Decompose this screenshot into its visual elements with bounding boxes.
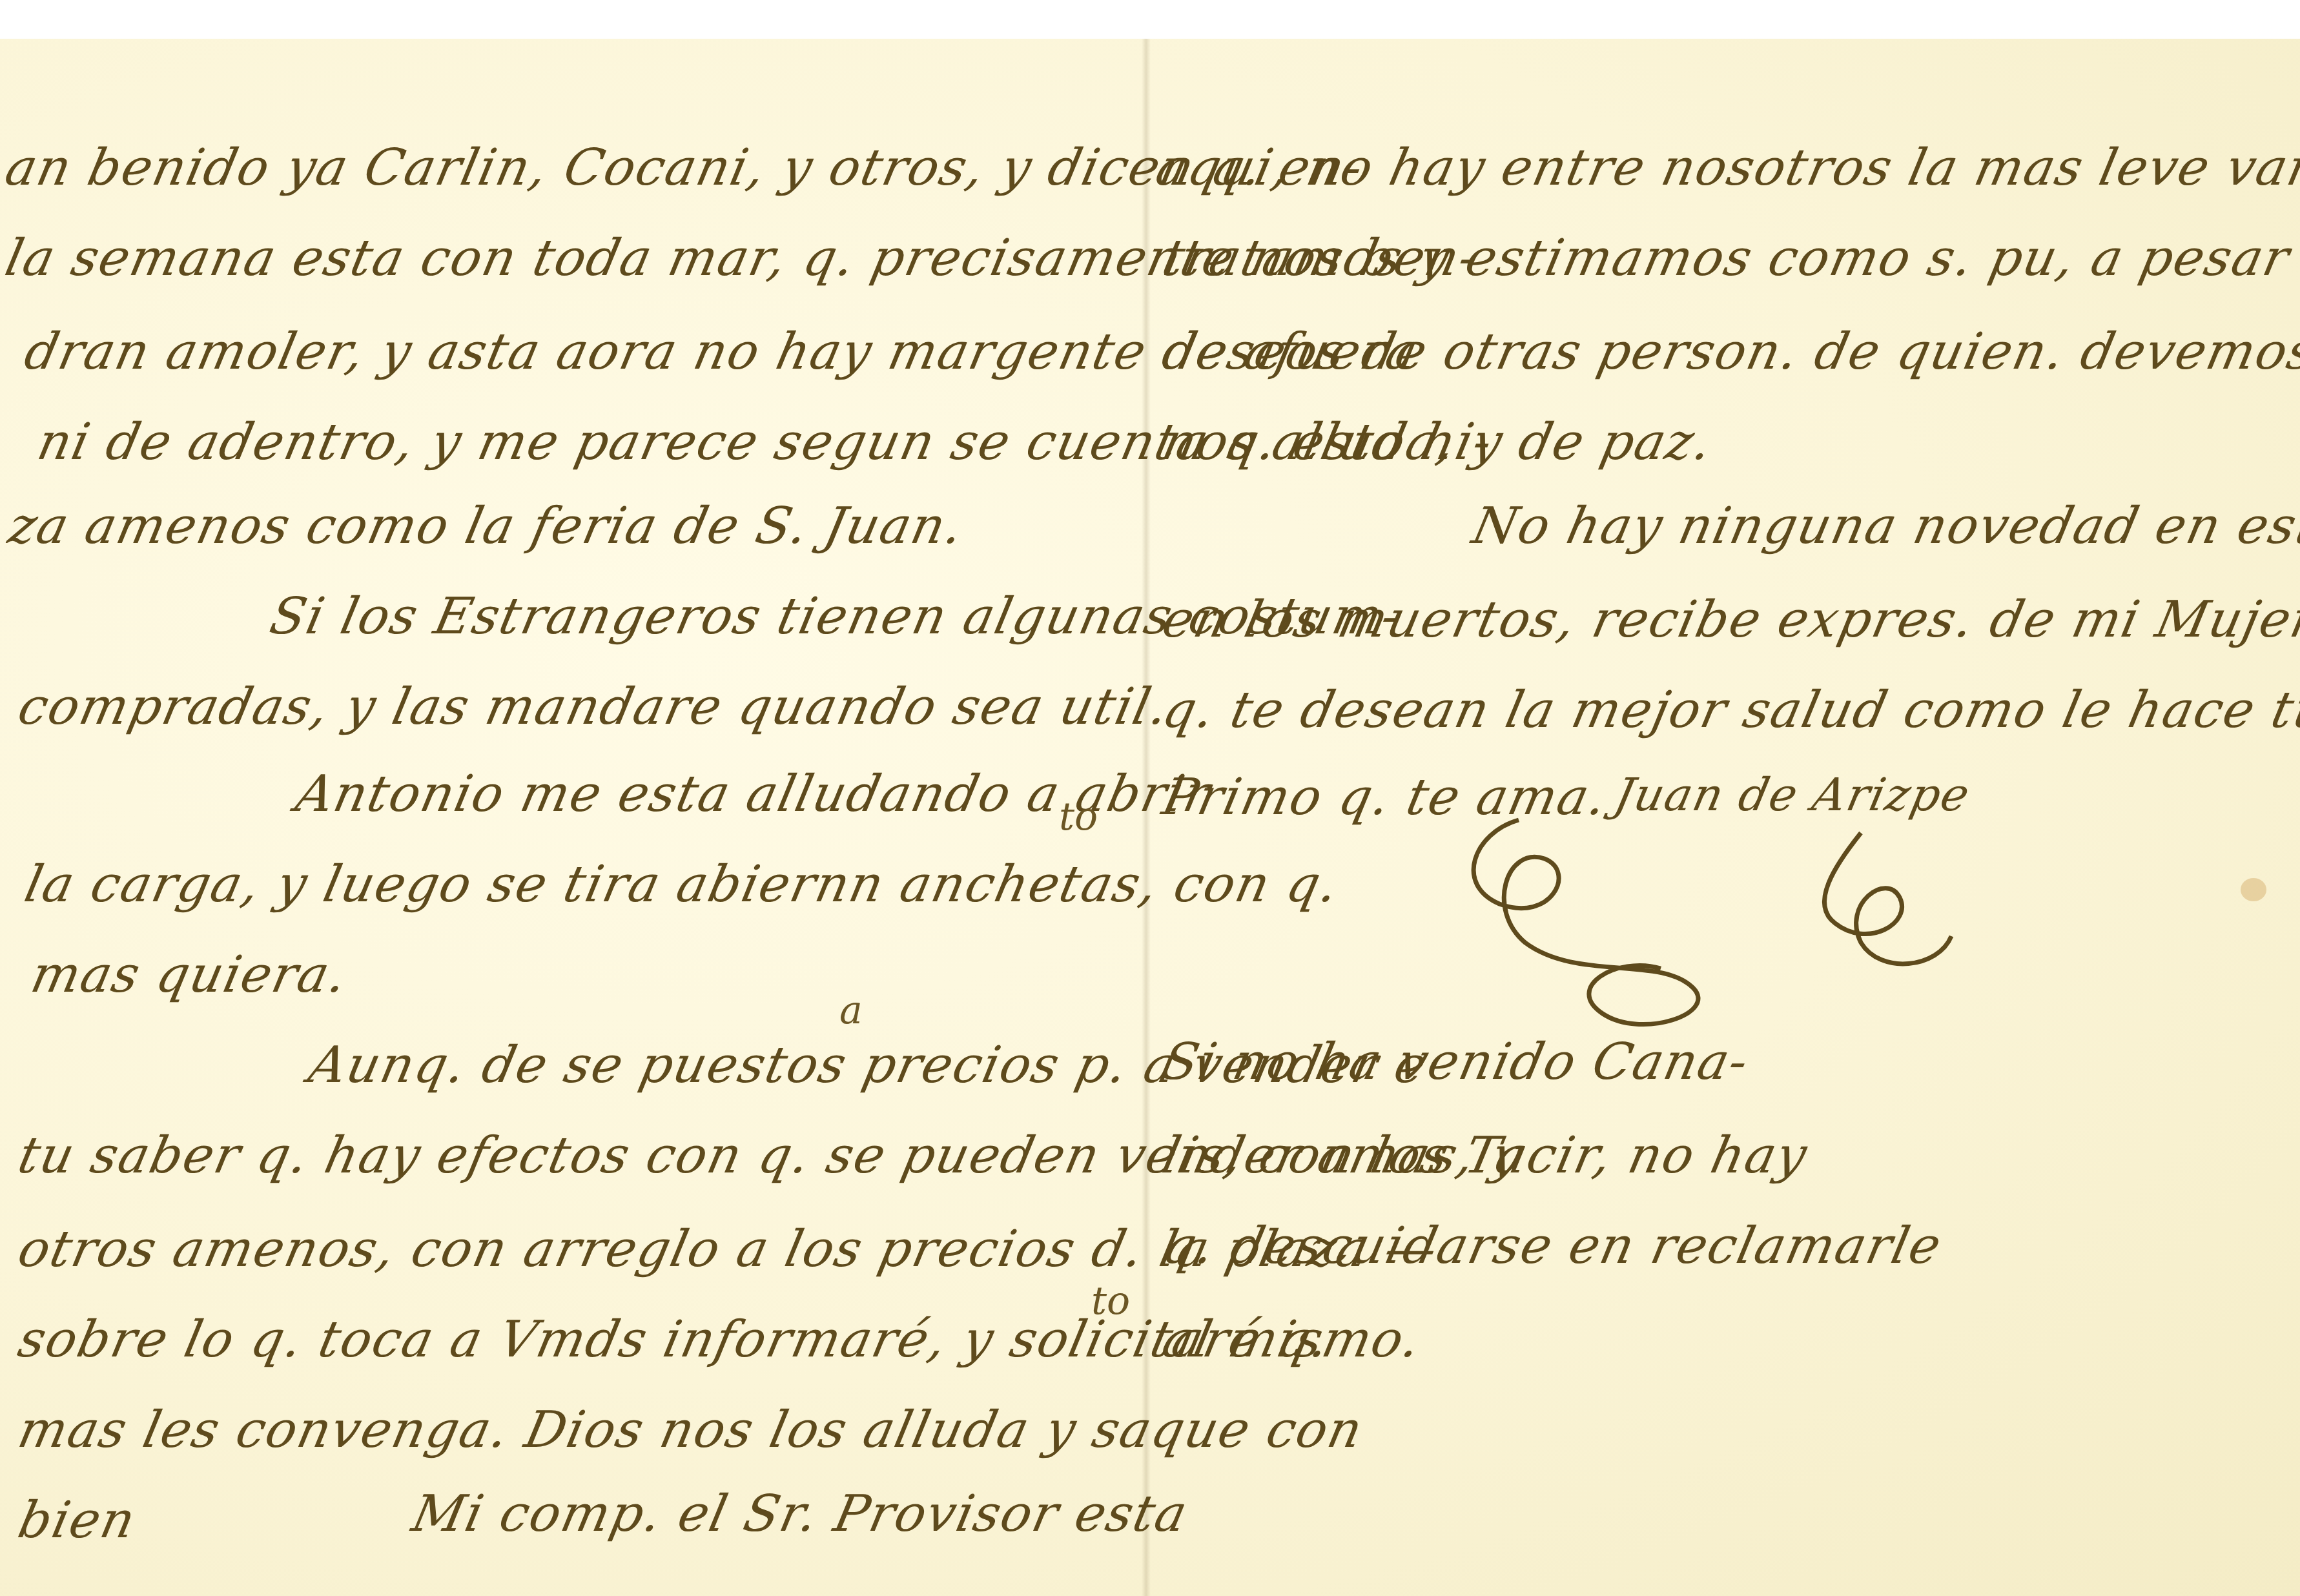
- left-line-17: Mi comp. el Sr. Provisor esta: [407, 1485, 1193, 1543]
- right-line-7: q. te desean la mejor salud como le hace…: [1157, 681, 2300, 739]
- postscript-line-1: Si no ha venido Cana-: [1157, 1033, 1754, 1091]
- right-line-6: en los muertos, recibe expres. de mi Muj…: [1157, 591, 2300, 649]
- paper-stain: [2241, 878, 2266, 901]
- margin-note-1: to: [1059, 794, 1098, 839]
- right-line-5: No hay ninguna novedad en esta Casa ni-: [1467, 497, 2300, 555]
- left-line-9: la carga, y luego se tira abiernn anchet…: [19, 855, 1344, 914]
- margin-note-3: to: [1091, 1278, 1130, 1324]
- manuscript-sheet: an benido ya Carlin, Cocani, y otros, y …: [0, 0, 2300, 1596]
- left-line-5: za amenos como la feria de S. Juan.: [3, 497, 969, 555]
- postscript-line-4: al mismo.: [1157, 1311, 1426, 1369]
- left-line-7: compradas, y las mandare quando sea util…: [13, 678, 1174, 736]
- right-line-3: deseos de otras person. de quien. devemo…: [1157, 323, 2300, 381]
- left-line-14: sobre lo q. toca a Vmds informaré, y sol…: [13, 1311, 1335, 1369]
- margin-note-2: a: [839, 988, 863, 1033]
- postscript-line-2: lis, con los Tacir, no hay: [1157, 1127, 1812, 1185]
- left-line-16: bien: [13, 1491, 141, 1550]
- right-page: aqui, no hay entre nosotros la mas leve …: [1151, 0, 2300, 1596]
- right-line-2: tratamos y estimamos como s. pu, a pesar…: [1157, 229, 2300, 287]
- right-line-1: aqui, no hay entre nosotros la mas leve …: [1151, 139, 2300, 197]
- postscript-line-3: q. descuidarse en reclamarle: [1157, 1217, 1947, 1275]
- left-line-10: mas quiera.: [26, 946, 353, 1004]
- left-page: an benido ya Carlin, Cocani, y otros, y …: [0, 0, 1142, 1596]
- right-line-4: nos alluda, y de paz.: [1157, 413, 1718, 471]
- signature-flourish-icon: [1448, 794, 2029, 1065]
